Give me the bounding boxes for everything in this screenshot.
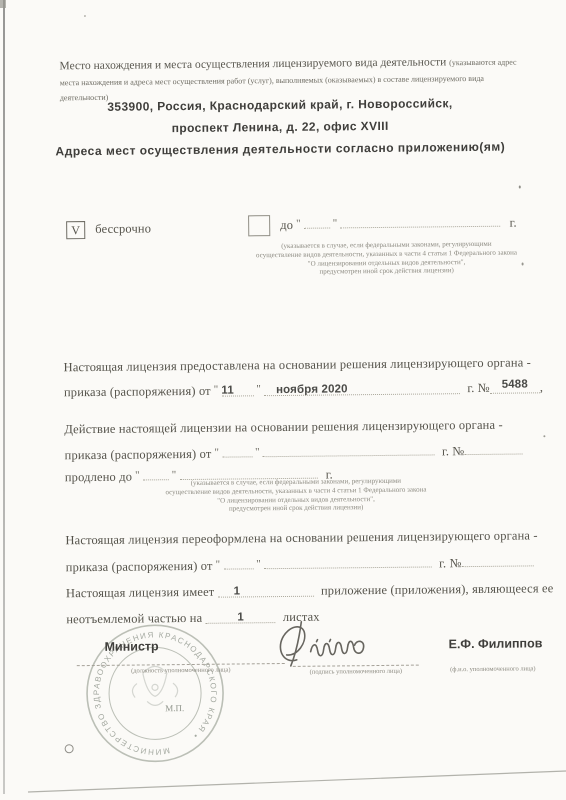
- attachments-sheets-value: 1: [237, 611, 244, 623]
- attachments-count-field: 1: [218, 584, 314, 598]
- attachments-apps-label: приложение (приложения), являющееся ее: [321, 581, 554, 597]
- perpetual-checkbox-mark: V: [71, 223, 80, 237]
- issued-number-value: 5488: [502, 378, 528, 390]
- sign-caption: (подпись уполномоченного лица): [287, 668, 425, 676]
- issued-comma: ,: [540, 380, 543, 394]
- reissued-from-label: приказа (распоряжения) от: [66, 559, 213, 575]
- quote-mark: ": [255, 446, 260, 458]
- reissued-line-2: приказа (распоряжения) от"" г. №: [66, 553, 534, 575]
- until-checkbox: [248, 215, 270, 236]
- extended-from-label: приказа (распоряжения) от: [64, 447, 211, 463]
- issued-line-2: приказа (распоряжения) от"11"ноября 2020…: [64, 380, 543, 400]
- minister-title: Министр: [105, 639, 159, 654]
- extended-number-blank: [464, 441, 522, 455]
- scan-speck: [65, 744, 74, 753]
- until-fine-print: (указывается в случае, если федеральными…: [236, 239, 536, 277]
- scan-bottom-edge: [0, 765, 566, 800]
- quote-mark: ": [256, 558, 261, 570]
- extended-date-blank: [263, 442, 435, 457]
- quote-mark: ": [333, 217, 338, 229]
- issued-date-field: ноября 2020: [264, 381, 460, 396]
- quote-mark: ": [214, 447, 219, 459]
- issued-line-1: Настоящая лицензия предоставлена на осно…: [64, 355, 531, 375]
- reissued-number-label: г. №: [439, 556, 462, 570]
- reissued-line-1: Настоящая лицензия переоформлена на осно…: [65, 528, 537, 548]
- issued-month-year-value: ноября 2020: [264, 383, 348, 396]
- quote-mark: ": [214, 384, 219, 396]
- until-row: до"" г.: [280, 214, 517, 233]
- until-label: до: [280, 218, 293, 232]
- scan-speck: [522, 262, 524, 265]
- extended-number-label: г. №: [442, 444, 465, 458]
- scan-speck: [519, 185, 521, 188]
- scanned-license-page: Место нахождения и места осуществления л…: [0, 0, 566, 800]
- stamp-mp-text: М.П.: [165, 703, 184, 713]
- reissued-number-blank: [462, 553, 534, 567]
- issued-number-field: 5488: [490, 380, 540, 394]
- reissued-date-blank: [264, 554, 432, 569]
- issued-from-label: приказа (распоряжения) от: [64, 384, 211, 400]
- until-day-blank: [304, 216, 330, 229]
- handwritten-signature: [272, 619, 393, 670]
- address-line-3: Адреса мест осуществления деятельности с…: [0, 139, 563, 159]
- quote-mark: ": [256, 383, 261, 395]
- address-line-2: проспект Ленина, д. 22, офис XVIII: [0, 117, 563, 137]
- position-caption: (должность уполномоченного лица): [77, 666, 285, 675]
- scan-speck: [84, 15, 86, 17]
- issued-day-field: 11: [221, 383, 253, 396]
- fine-print-line: предусмотрен иной срок действия лицензии…: [237, 266, 537, 278]
- attachments-has-label: Настоящая лицензия имеет: [66, 585, 214, 601]
- extended-line-2: приказа (распоряжения) от"" г. №: [64, 441, 522, 463]
- attachments-count-value: 1: [218, 585, 241, 597]
- name-caption: (ф.и.о. уполномоченного лица): [437, 665, 549, 673]
- issued-number-label: г. №: [467, 381, 490, 395]
- issued-day-value: 11: [221, 385, 234, 397]
- document-content: Место нахождения и места осуществления л…: [0, 0, 566, 800]
- extended-line-1: Действие настоящей лицензии на основании…: [64, 418, 503, 438]
- location-notice-main: Место нахождения и места осуществления л…: [59, 56, 449, 72]
- perpetual-checkbox: V: [66, 221, 85, 239]
- signatory-name: Е.Ф. Филиппов: [448, 636, 542, 651]
- until-year-label: г.: [510, 216, 517, 230]
- until-date-blank: [340, 214, 500, 229]
- quote-mark: ": [216, 559, 221, 571]
- prolong-fine-print: (указывается в случае, если федеральными…: [101, 476, 491, 515]
- perpetual-label: бессрочно: [95, 221, 151, 237]
- extended-day-blank: [222, 444, 252, 457]
- attachments-line-1: Настоящая лицензия имеет 1 приложение (п…: [66, 581, 554, 601]
- quote-mark: ": [296, 218, 301, 230]
- scan-speck: [543, 435, 545, 437]
- reissued-day-blank: [223, 556, 253, 569]
